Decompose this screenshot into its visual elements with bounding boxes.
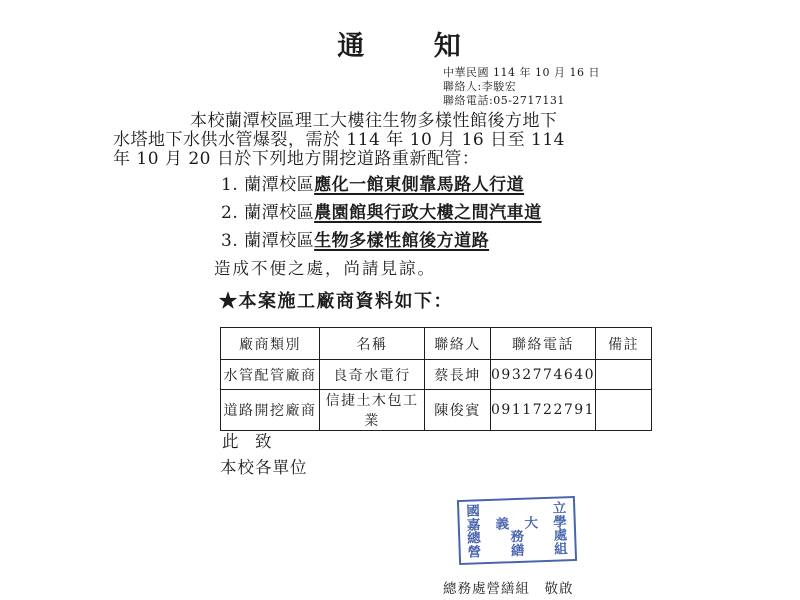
cell-contact: 陳俊賓 xyxy=(425,390,491,431)
cell-contact: 蔡長坤 xyxy=(425,360,491,390)
header-cell-phone: 聯絡電話 xyxy=(491,328,596,360)
closing-salutation: 此 致 xyxy=(222,428,272,452)
stamp-char: 繕 xyxy=(511,544,525,558)
list-item-location: 農園館與行政大樓之間汽車道 xyxy=(314,203,542,223)
stamp-char: 大 xyxy=(524,517,538,531)
signature-line: 總務處營繕組 敬啟 xyxy=(443,577,574,597)
list-item-location: 應化一館東側靠馬路人行道 xyxy=(314,175,524,195)
cell-vendor-type: 水管配管廠商 xyxy=(221,360,320,390)
contractor-heading-text: 本案施工廠商資料如下： xyxy=(239,291,454,312)
apology-line: 造成不便之處，尚請見諒。 xyxy=(214,255,436,279)
paragraph-line: 年 10 月 20 日於下列地方開挖道路重新配管： xyxy=(113,150,678,169)
list-item-prefix: 2. 蘭潭校區 xyxy=(221,203,314,223)
paragraph-line: 本校蘭潭校區理工大樓往生物多樣性館後方地下 xyxy=(113,112,678,131)
cell-name: 良奇水電行 xyxy=(320,360,425,390)
road-list: 1. 蘭潭校區應化一館東側靠馬路人行道 2. 蘭潭校區農園館與行政大樓之間汽車道… xyxy=(221,176,542,260)
cell-phone: 0932774640 xyxy=(491,360,596,390)
contractor-heading: ★本案施工廠商資料如下： xyxy=(219,287,453,313)
header-cell-contact: 聯絡人 xyxy=(425,328,491,360)
stamp-char: 組 xyxy=(554,543,568,557)
notice-page: { "document": { "title": "通 知", "header"… xyxy=(0,0,800,600)
stamp-row: 營 繕 組 xyxy=(468,543,568,560)
table-header-row: 廠商類別 名稱 聯絡人 聯絡電話 備註 xyxy=(221,328,652,360)
table-row: 水管配管廠商 良奇水電行 蔡長坤 0932774640 xyxy=(221,360,652,390)
contact-person-line: 聯絡人:李駿宏 xyxy=(443,80,600,94)
star-icon: ★ xyxy=(219,291,239,312)
closing-recipient: 本校各單位 xyxy=(220,454,308,478)
list-item: 1. 蘭潭校區應化一館東側靠馬路人行道 xyxy=(221,176,542,195)
table-row: 道路開挖廠商 信捷土木包工業 陳俊賓 0911722791 xyxy=(221,390,652,431)
header-info: 中華民國 114 年 10 月 16 日 聯絡人:李駿宏 聯絡電話:05-271… xyxy=(443,66,600,107)
stamp-char: 義 xyxy=(495,518,509,532)
list-item-prefix: 1. 蘭潭校區 xyxy=(221,175,314,195)
cell-vendor-type: 道路開挖廠商 xyxy=(221,390,320,431)
list-item: 3. 蘭潭校區生物多樣性館後方道路 xyxy=(221,232,542,251)
page-title: 通 知 xyxy=(0,24,800,63)
cell-phone: 0911722791 xyxy=(491,390,596,431)
header-cell-vendor-type: 廠商類別 xyxy=(221,328,320,360)
list-item-prefix: 3. 蘭潭校區 xyxy=(221,231,314,251)
header-cell-note: 備註 xyxy=(596,328,652,360)
cell-name: 信捷土木包工業 xyxy=(320,390,425,431)
contractor-table: 廠商類別 名稱 聯絡人 聯絡電話 備註 水管配管廠商 良奇水電行 蔡長坤 093… xyxy=(220,327,652,431)
list-item: 2. 蘭潭校區農園館與行政大樓之間汽車道 xyxy=(221,204,542,223)
cell-note xyxy=(596,390,652,431)
header-cell-name: 名稱 xyxy=(320,328,425,360)
university-stamp: 國 立 嘉 義 大 學 總 務 處 營 繕 組 xyxy=(457,496,577,565)
contact-phone-line: 聯絡電話:05-2717131 xyxy=(443,94,600,108)
date-line: 中華民國 114 年 10 月 16 日 xyxy=(443,66,600,80)
paragraph-line: 水塔地下水供水管爆裂，需於 114 年 10 月 16 日至 114 xyxy=(113,131,678,150)
body-paragraph: 本校蘭潭校區理工大樓往生物多樣性館後方地下 水塔地下水供水管爆裂，需於 114 … xyxy=(113,112,678,168)
stamp-char: 營 xyxy=(468,546,482,560)
cell-note xyxy=(596,360,652,390)
list-item-location: 生物多樣性館後方道路 xyxy=(314,231,489,251)
